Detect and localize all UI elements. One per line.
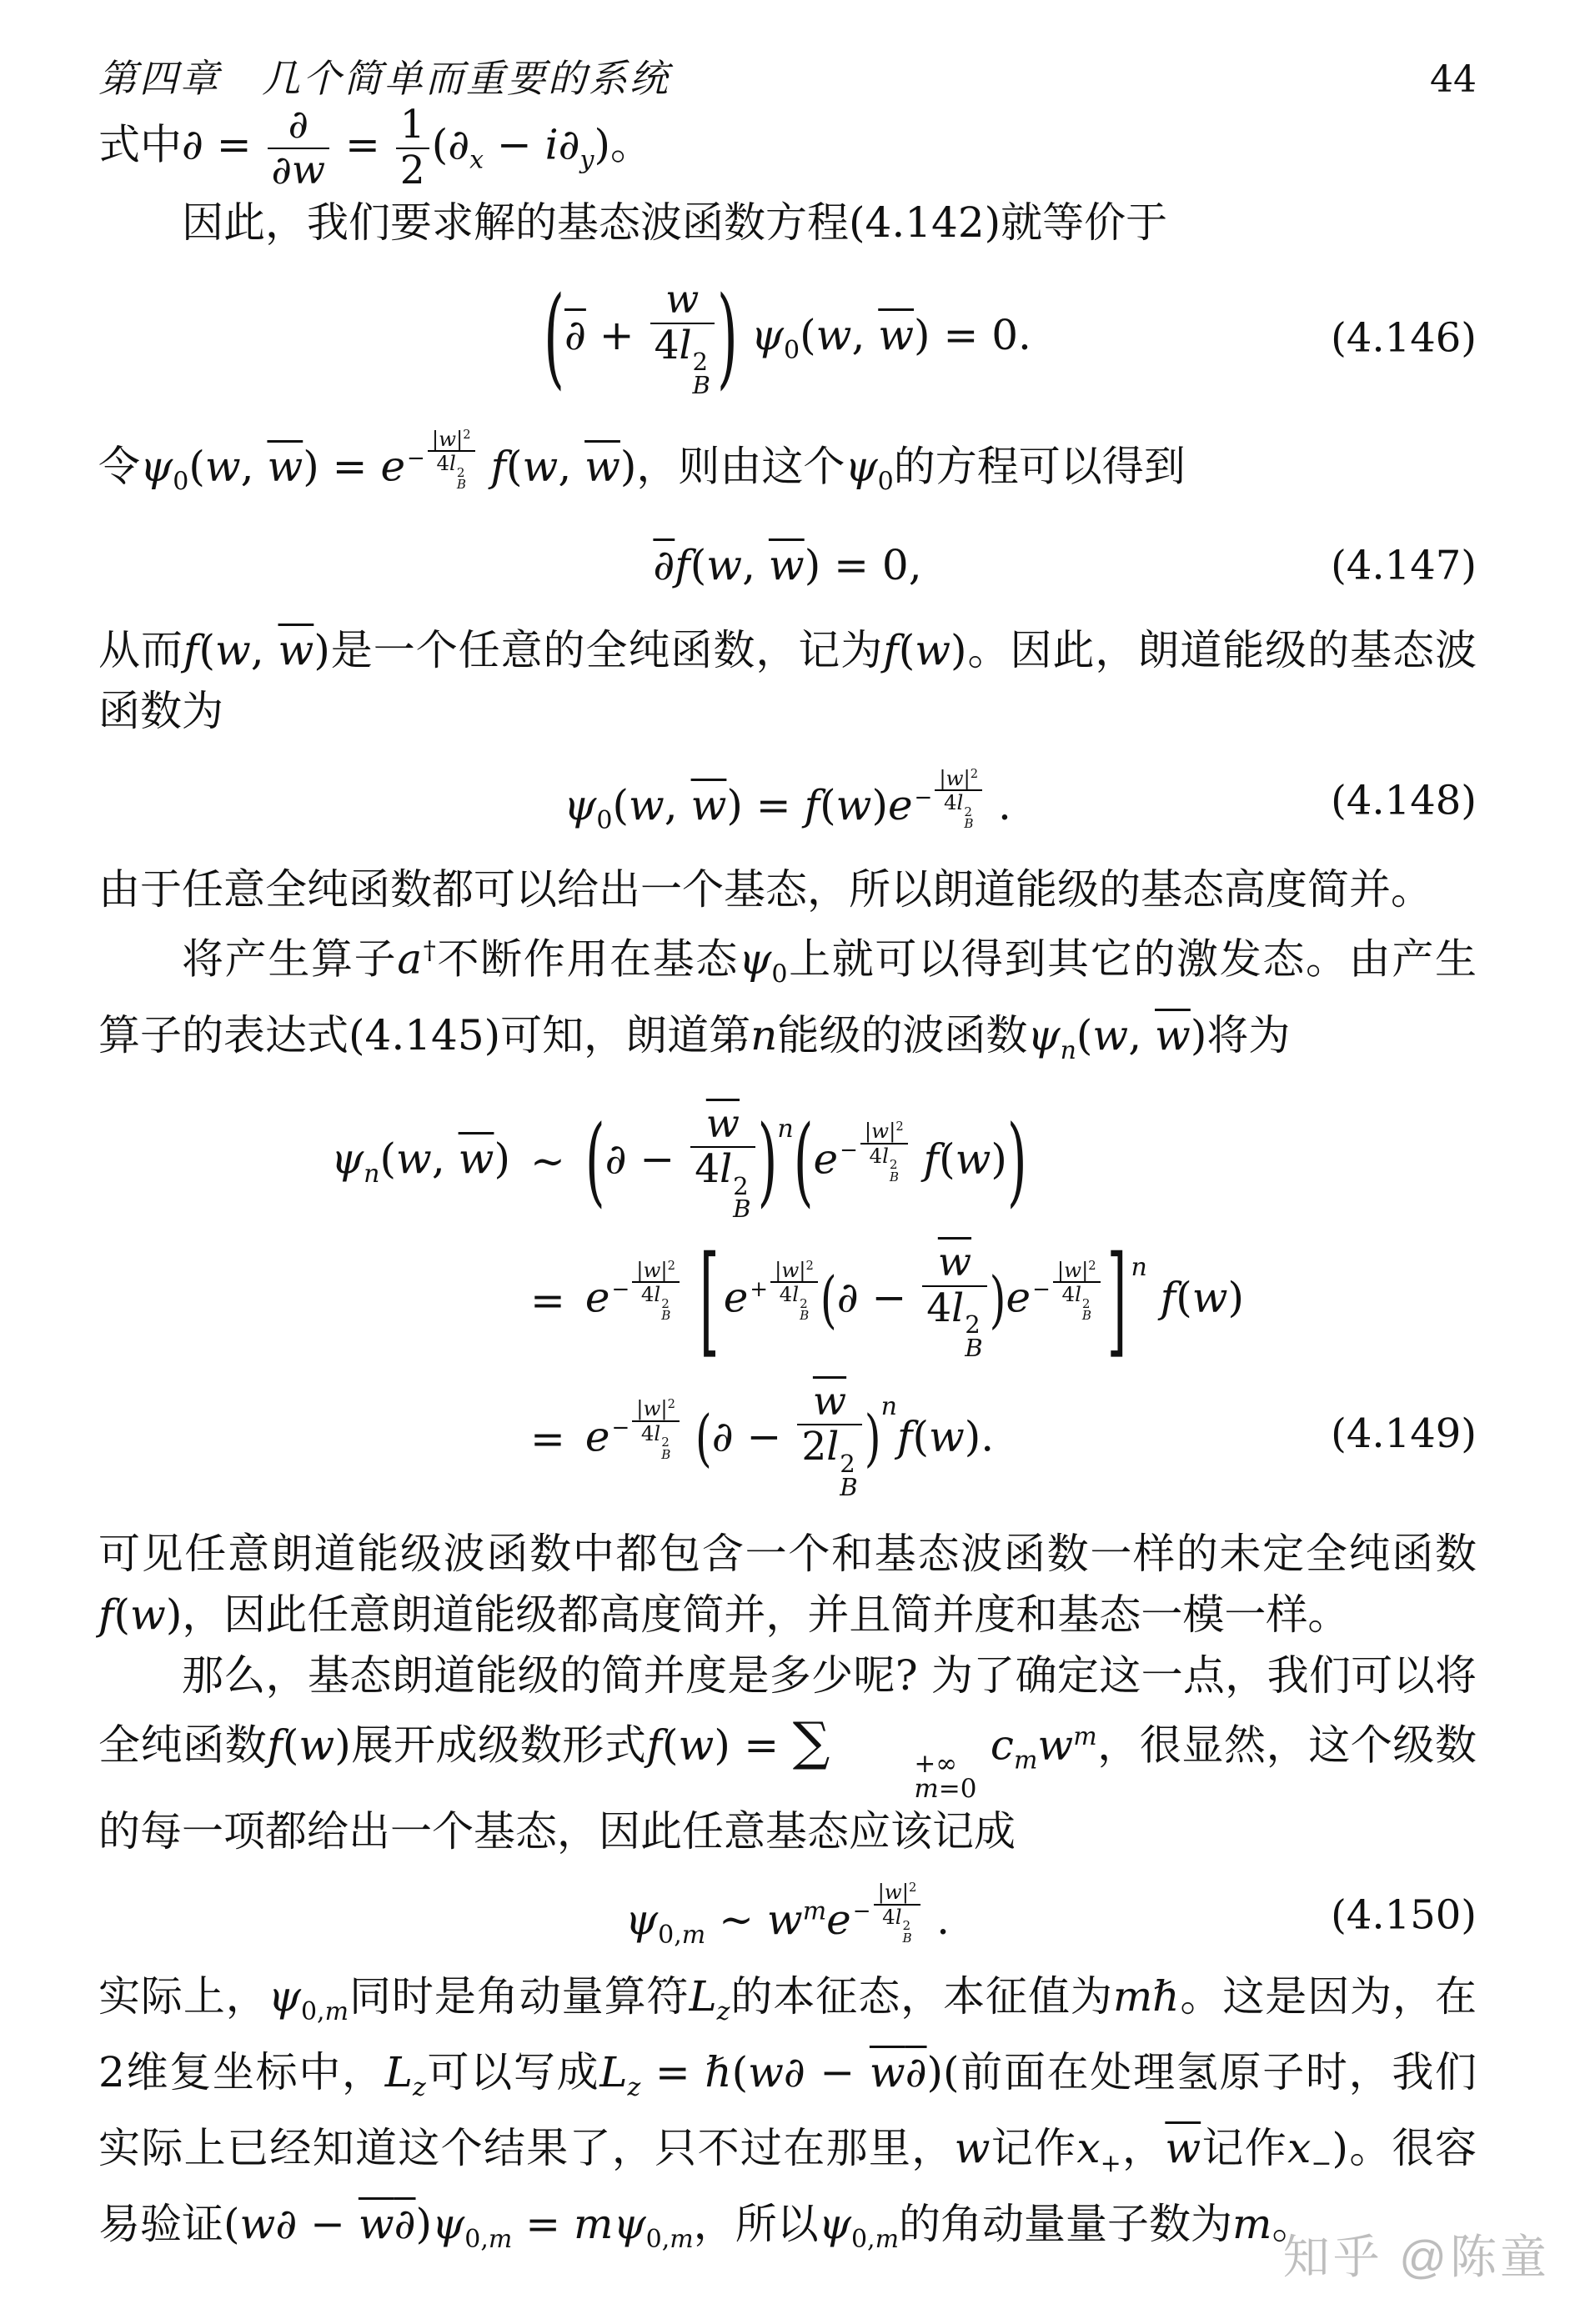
equation-rhs: e−|w|24l2B (∂ − w2l2B)nf(w). xyxy=(585,1370,1244,1510)
paragraph-8: 那么，基态朗道能级的简并度是多少呢? 为了确定这一点，我们可以将全纯函数f(w)… xyxy=(98,1645,1477,1862)
equation-4-149: ψn(w, w) ∼ (∂ − w4l2B)n(e−|w|24l2B f(w))… xyxy=(98,1093,1477,1510)
paragraph-3: 令ψ0(w, w) = e−|w|24l2B f(w, w)，则由这个ψ0的方程… xyxy=(98,428,1477,513)
page-content: 式中∂ = ∂∂w = 12(∂x − i∂y)。 因此，我们要求解的基态波函数… xyxy=(0,103,1575,2270)
equation-4-147: ∂f(w, w) = 0, (4.147) xyxy=(98,542,1477,590)
paragraph-6: 将产生算子a†不断作用在基态ψ0上就可以得到其它的激发态。由产生算子的表达式(4… xyxy=(98,920,1477,1081)
page-number: 44 xyxy=(1430,58,1477,101)
equation-relation: = xyxy=(510,1231,585,1370)
equation-tag: (4.149) xyxy=(1331,1411,1477,1457)
equation-rhs: e−|w|24l2B [e+|w|24l2B(∂ − w4l2B)e−|w|24… xyxy=(585,1231,1244,1370)
watermark: 知乎 @陈童 xyxy=(1283,2221,1550,2287)
equation-body: ψ0(w, w) = f(w)e−|w|24l2B . xyxy=(564,781,1011,829)
aligned-equation: ψn(w, w) ∼ (∂ − w4l2B)n(e−|w|24l2B f(w))… xyxy=(331,1093,1244,1510)
equation-4-148: ψ0(w, w) = f(w)e−|w|24l2B . (4.148) xyxy=(98,767,1477,836)
equation-body: ψ0,m ∼ wme−|w|24l2B . xyxy=(625,1896,950,1944)
chapter-title: 第四章 几个简单而重要的系统 xyxy=(98,48,670,103)
equation-tag: (4.146) xyxy=(1331,315,1477,361)
equation-4-146: (∂ + w4l2B) ψ0(w, w) = 0. (4.146) xyxy=(98,278,1477,398)
equation-lhs: ψn(w, w) xyxy=(331,1093,510,1232)
equation-relation: = xyxy=(510,1370,585,1510)
equation-relation: ∼ xyxy=(510,1093,585,1232)
paragraph-7: 可见任意朗道能级波函数中都包含一个和基态波函数一样的未定全纯函数f(w)，因此任… xyxy=(98,1524,1477,1645)
equation-rhs: (∂ − w4l2B)n(e−|w|24l2B f(w)) xyxy=(585,1093,1244,1232)
equation-tag: (4.150) xyxy=(1331,1892,1477,1938)
equation-lhs xyxy=(331,1231,510,1370)
page-header: 第四章 几个简单而重要的系统 44 xyxy=(0,0,1575,103)
equation-4-150: ψ0,m ∼ wme−|w|24l2B . (4.150) xyxy=(98,1881,1477,1950)
equation-tag: (4.148) xyxy=(1331,779,1477,824)
paragraph-1: 式中∂ = ∂∂w = 12(∂x − i∂y)。 xyxy=(98,103,1477,193)
equation-lhs xyxy=(331,1370,510,1510)
equation-body: (∂ + w4l2B) ψ0(w, w) = 0. xyxy=(544,311,1031,359)
paragraph-9: 实际上，ψ0,m同时是角动量算符Lz的本征态，本征值为mℏ。这是因为，在2维复坐… xyxy=(98,1966,1477,2270)
equation-tag: (4.147) xyxy=(1331,543,1477,589)
paragraph-4: 从而f(w, w)是一个任意的全纯函数，记为f(w)。因此，朗道能级的基态波函数… xyxy=(98,620,1477,742)
textbook-page: 第四章 几个简单而重要的系统 44 式中∂ = ∂∂w = 12(∂x − i∂… xyxy=(0,0,1575,2324)
paragraph-5: 由于任意全纯函数都可以给出一个基态，所以朗道能级的基态高度简并。 xyxy=(98,859,1477,920)
equation-body: ∂f(w, w) = 0, xyxy=(653,541,921,589)
paragraph-2: 因此，我们要求解的基态波函数方程(4.142)就等价于 xyxy=(98,193,1477,253)
